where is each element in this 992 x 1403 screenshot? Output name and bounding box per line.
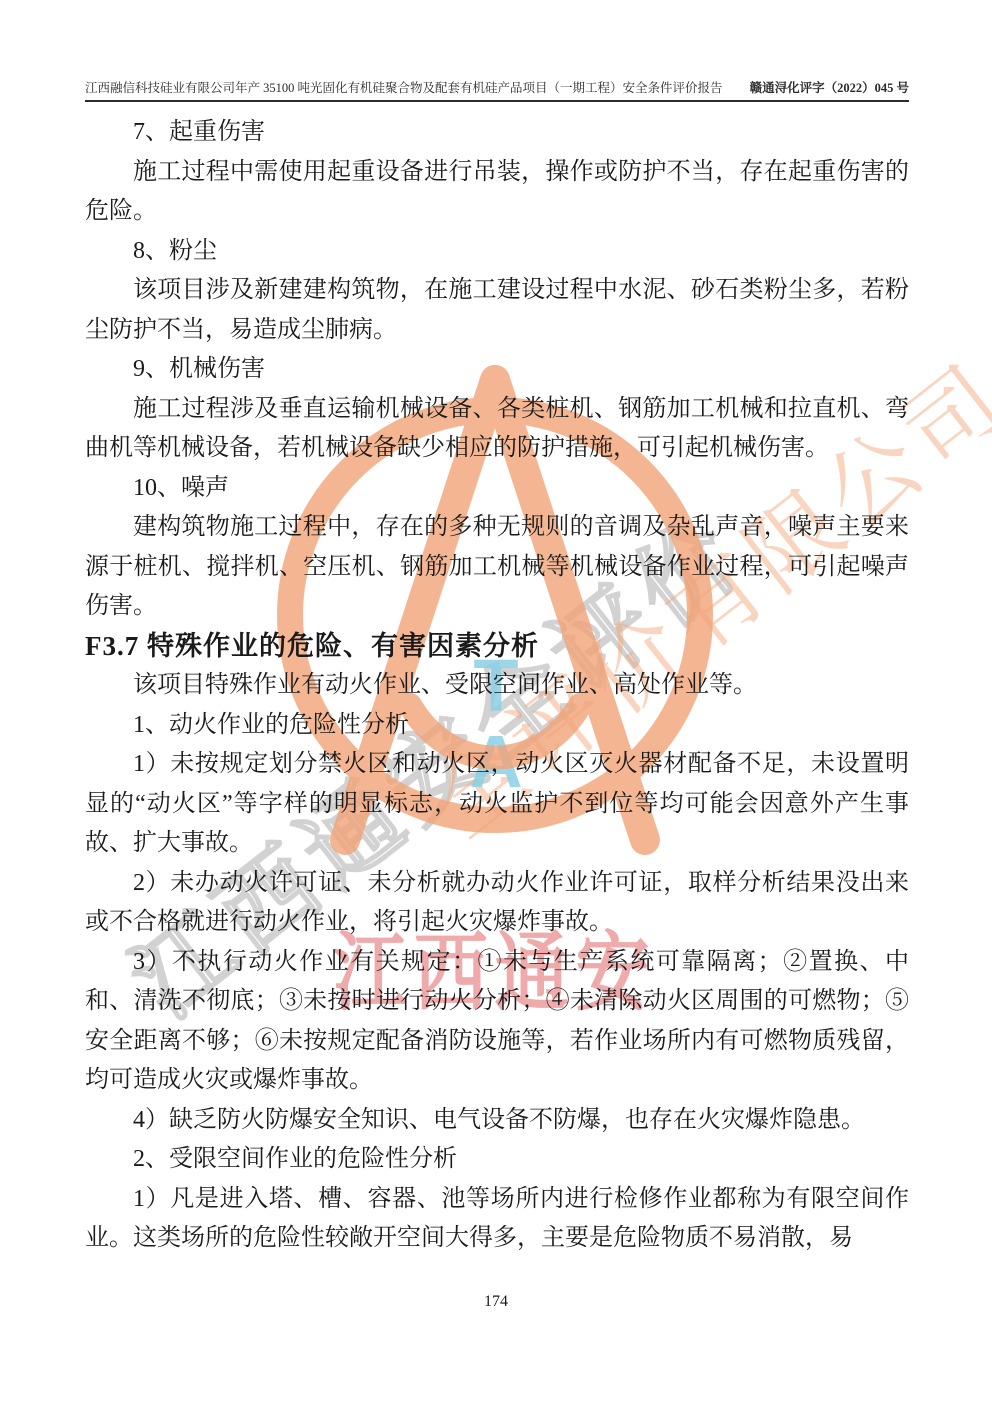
document-body: 7、起重伤害 施工过程中需使用起重设备进行吊装，操作或防护不当，存在起重伤害的危… <box>85 113 909 1259</box>
body-paragraph: 建构筑物施工过程中，存在的多种无规则的音调及杂乱声音，噪声主要来源于桩机、搅拌机… <box>85 508 909 627</box>
body-paragraph: 10、噪声 <box>85 469 909 509</box>
body-paragraph: 7、起重伤害 <box>85 113 909 153</box>
body-paragraph: 8、粉尘 <box>85 232 909 272</box>
body-paragraph: 3）不执行动火作业有关规定：①未与生产系统可靠隔离；②置换、中和、清洗不彻底；③… <box>85 943 909 1101</box>
body-paragraph: 施工过程中需使用起重设备进行吊装，操作或防护不当，存在起重伤害的危险。 <box>85 153 909 232</box>
body-paragraph: 该项目特殊作业有动火作业、受限空间作业、高处作业等。 <box>85 666 909 706</box>
doc-number: 赣通浔化评字（2022）045 号 <box>750 80 909 97</box>
page-number: 174 <box>484 1293 508 1310</box>
page-footer: 174 <box>0 1293 992 1311</box>
body-paragraph: 施工过程涉及垂直运输机械设备、各类桩机、钢筋加工机械和拉直机、弯曲机等机械设备，… <box>85 390 909 469</box>
report-title: 江西融信科技硅业有限公司年产 35100 吨光固化有机硅聚合物及配套有机硅产品项… <box>85 80 723 97</box>
body-paragraph: 1）凡是进入塔、槽、容器、池等场所内进行检修作业都称为有限空间作业。这类场所的危… <box>85 1180 909 1259</box>
section-heading-f3-7: F3.7 特殊作业的危险、有害因素分析 <box>85 627 909 667</box>
body-paragraph: 9、机械伤害 <box>85 350 909 390</box>
body-paragraph: 1、动火作业的危险性分析 <box>85 706 909 746</box>
body-paragraph: 该项目涉及新建建构筑物，在施工建设过程中水泥、砂石类粉尘多，若粉尘防护不当，易造… <box>85 271 909 350</box>
page-header: 江西融信科技硅业有限公司年产 35100 吨光固化有机硅聚合物及配套有机硅产品项… <box>85 80 909 102</box>
body-paragraph: 2、受限空间作业的危险性分析 <box>85 1140 909 1180</box>
body-paragraph: 4）缺乏防火防爆安全知识、电气设备不防爆，也存在火灾爆炸隐患。 <box>85 1101 909 1141</box>
body-paragraph: 1）未按规定划分禁火区和动火区，动火区灭火器材配备不足，未设置明显的“动火区”等… <box>85 745 909 864</box>
document-page: 江西通安全评价 全评价有限公司 T A 江西通安 江西融信科技硅业有限公司年产 … <box>0 0 992 1403</box>
body-paragraph: 2）未办动火许可证、未分析就办动火作业许可证，取样分析结果没出来或不合格就进行动… <box>85 864 909 943</box>
